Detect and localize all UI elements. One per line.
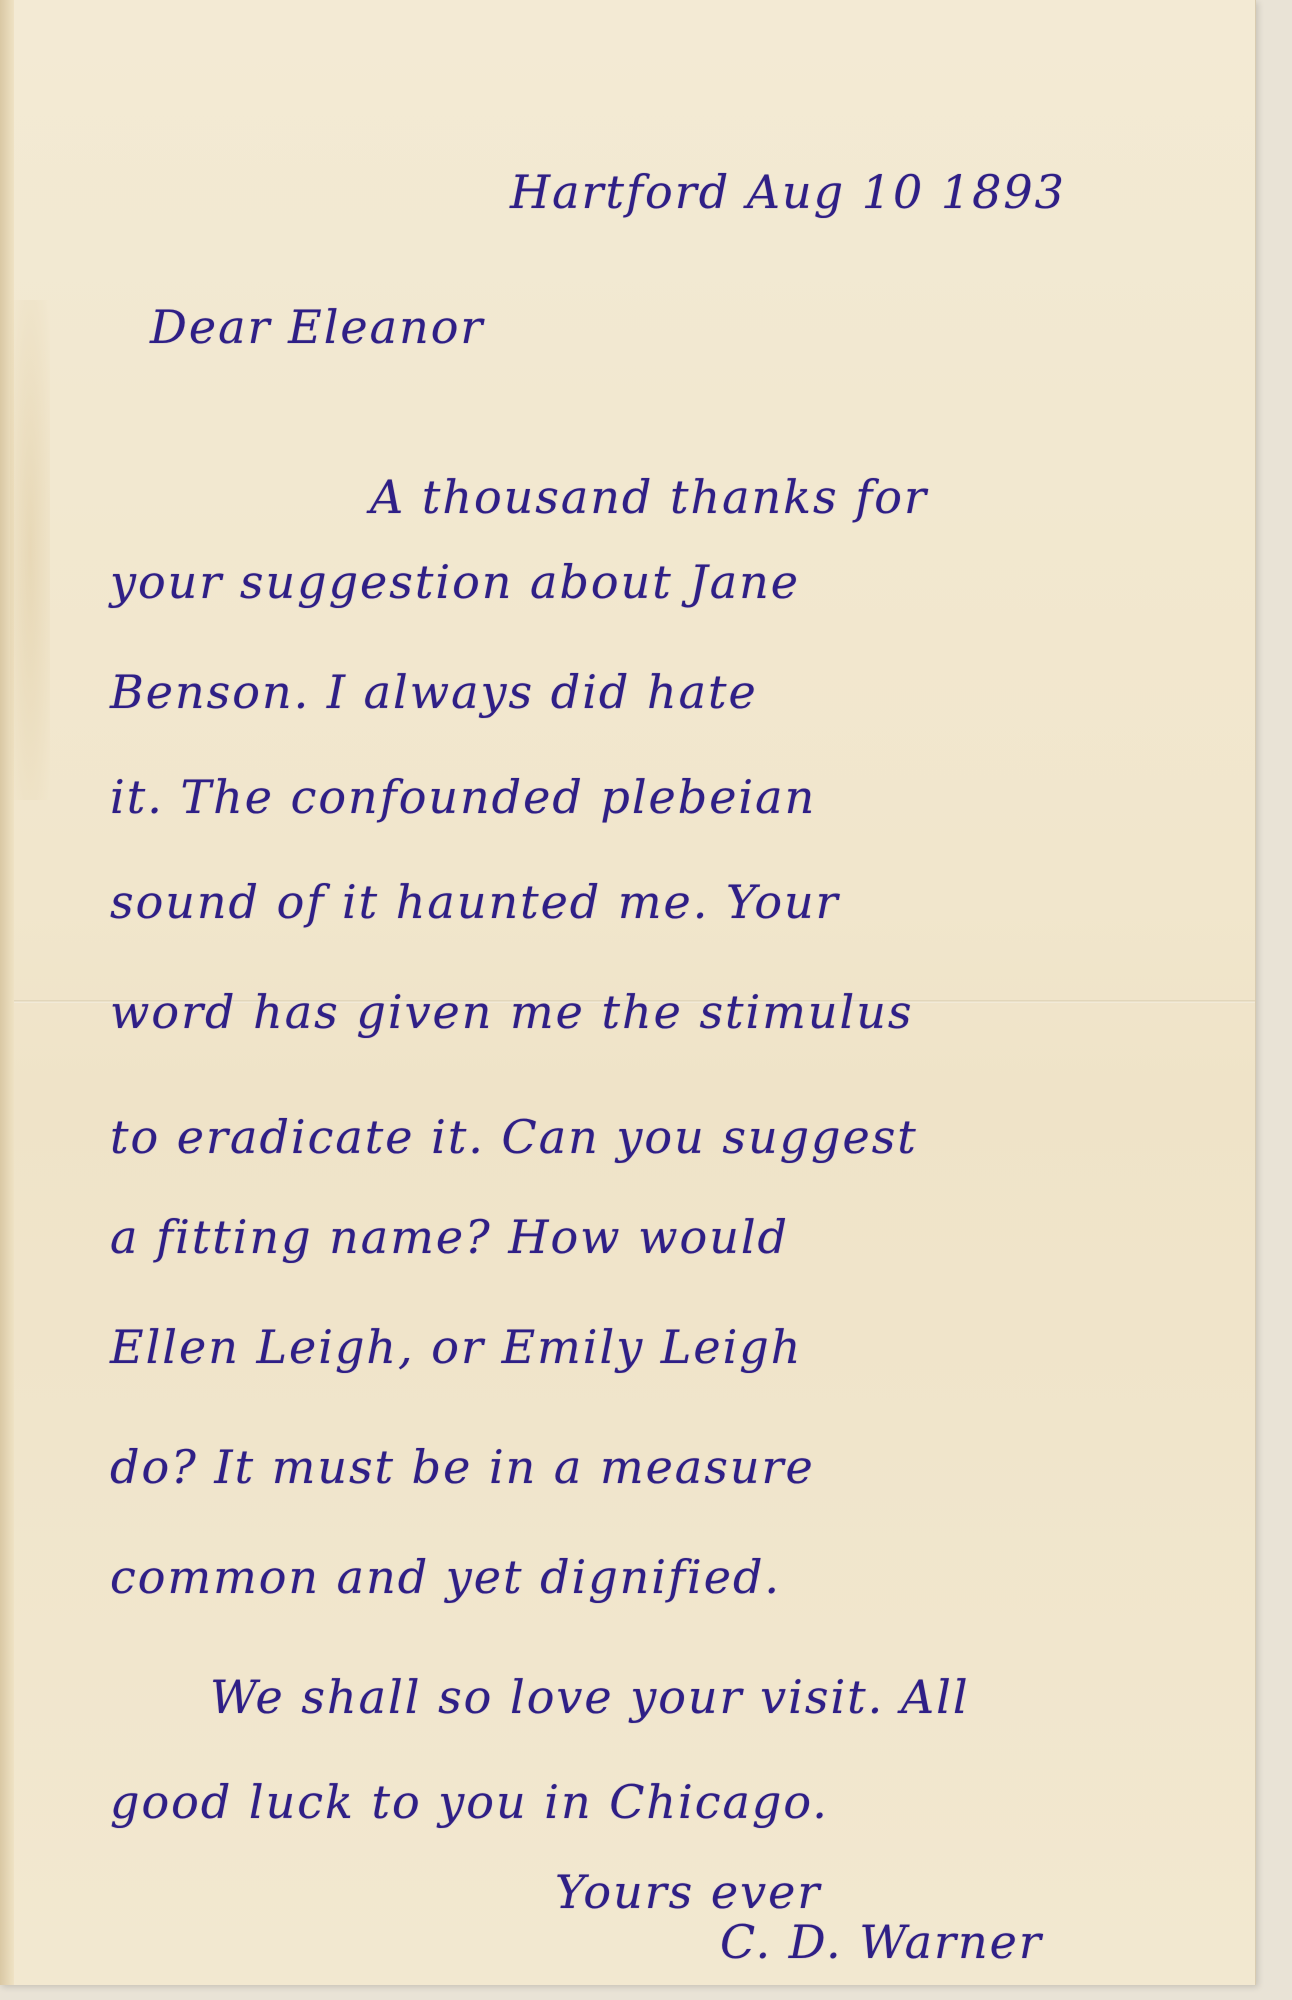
body-line: do? It must be in a measure xyxy=(110,1440,815,1494)
paper-stain xyxy=(10,300,50,800)
body-line: We shall so love your visit. All xyxy=(210,1670,970,1724)
body-line: a fitting name? How would xyxy=(110,1210,789,1264)
closing: Yours ever xyxy=(555,1865,821,1919)
body-line: Ellen Leigh, or Emily Leigh xyxy=(110,1320,802,1374)
body-line: word has given me the stimulus xyxy=(110,985,913,1039)
body-line: it. The confounded plebeian xyxy=(110,770,816,824)
signature: C. D. Warner xyxy=(720,1915,1043,1969)
body-line: Benson. I always did hate xyxy=(110,665,758,719)
body-line: to eradicate it. Can you suggest xyxy=(110,1110,918,1164)
body-line: your suggestion about Jane xyxy=(110,555,800,609)
body-line: sound of it haunted me. Your xyxy=(110,875,840,929)
salutation: Dear Eleanor xyxy=(150,300,484,354)
letter-page: Hartford Aug 10 1893 Dear Eleanor A thou… xyxy=(0,0,1256,1985)
body-line: common and yet dignified. xyxy=(110,1550,781,1604)
body-line: good luck to you in Chicago. xyxy=(110,1775,829,1829)
body-line: A thousand thanks for xyxy=(370,470,928,524)
dateline: Hartford Aug 10 1893 xyxy=(510,165,1066,219)
page-spine-edge xyxy=(0,0,14,1985)
